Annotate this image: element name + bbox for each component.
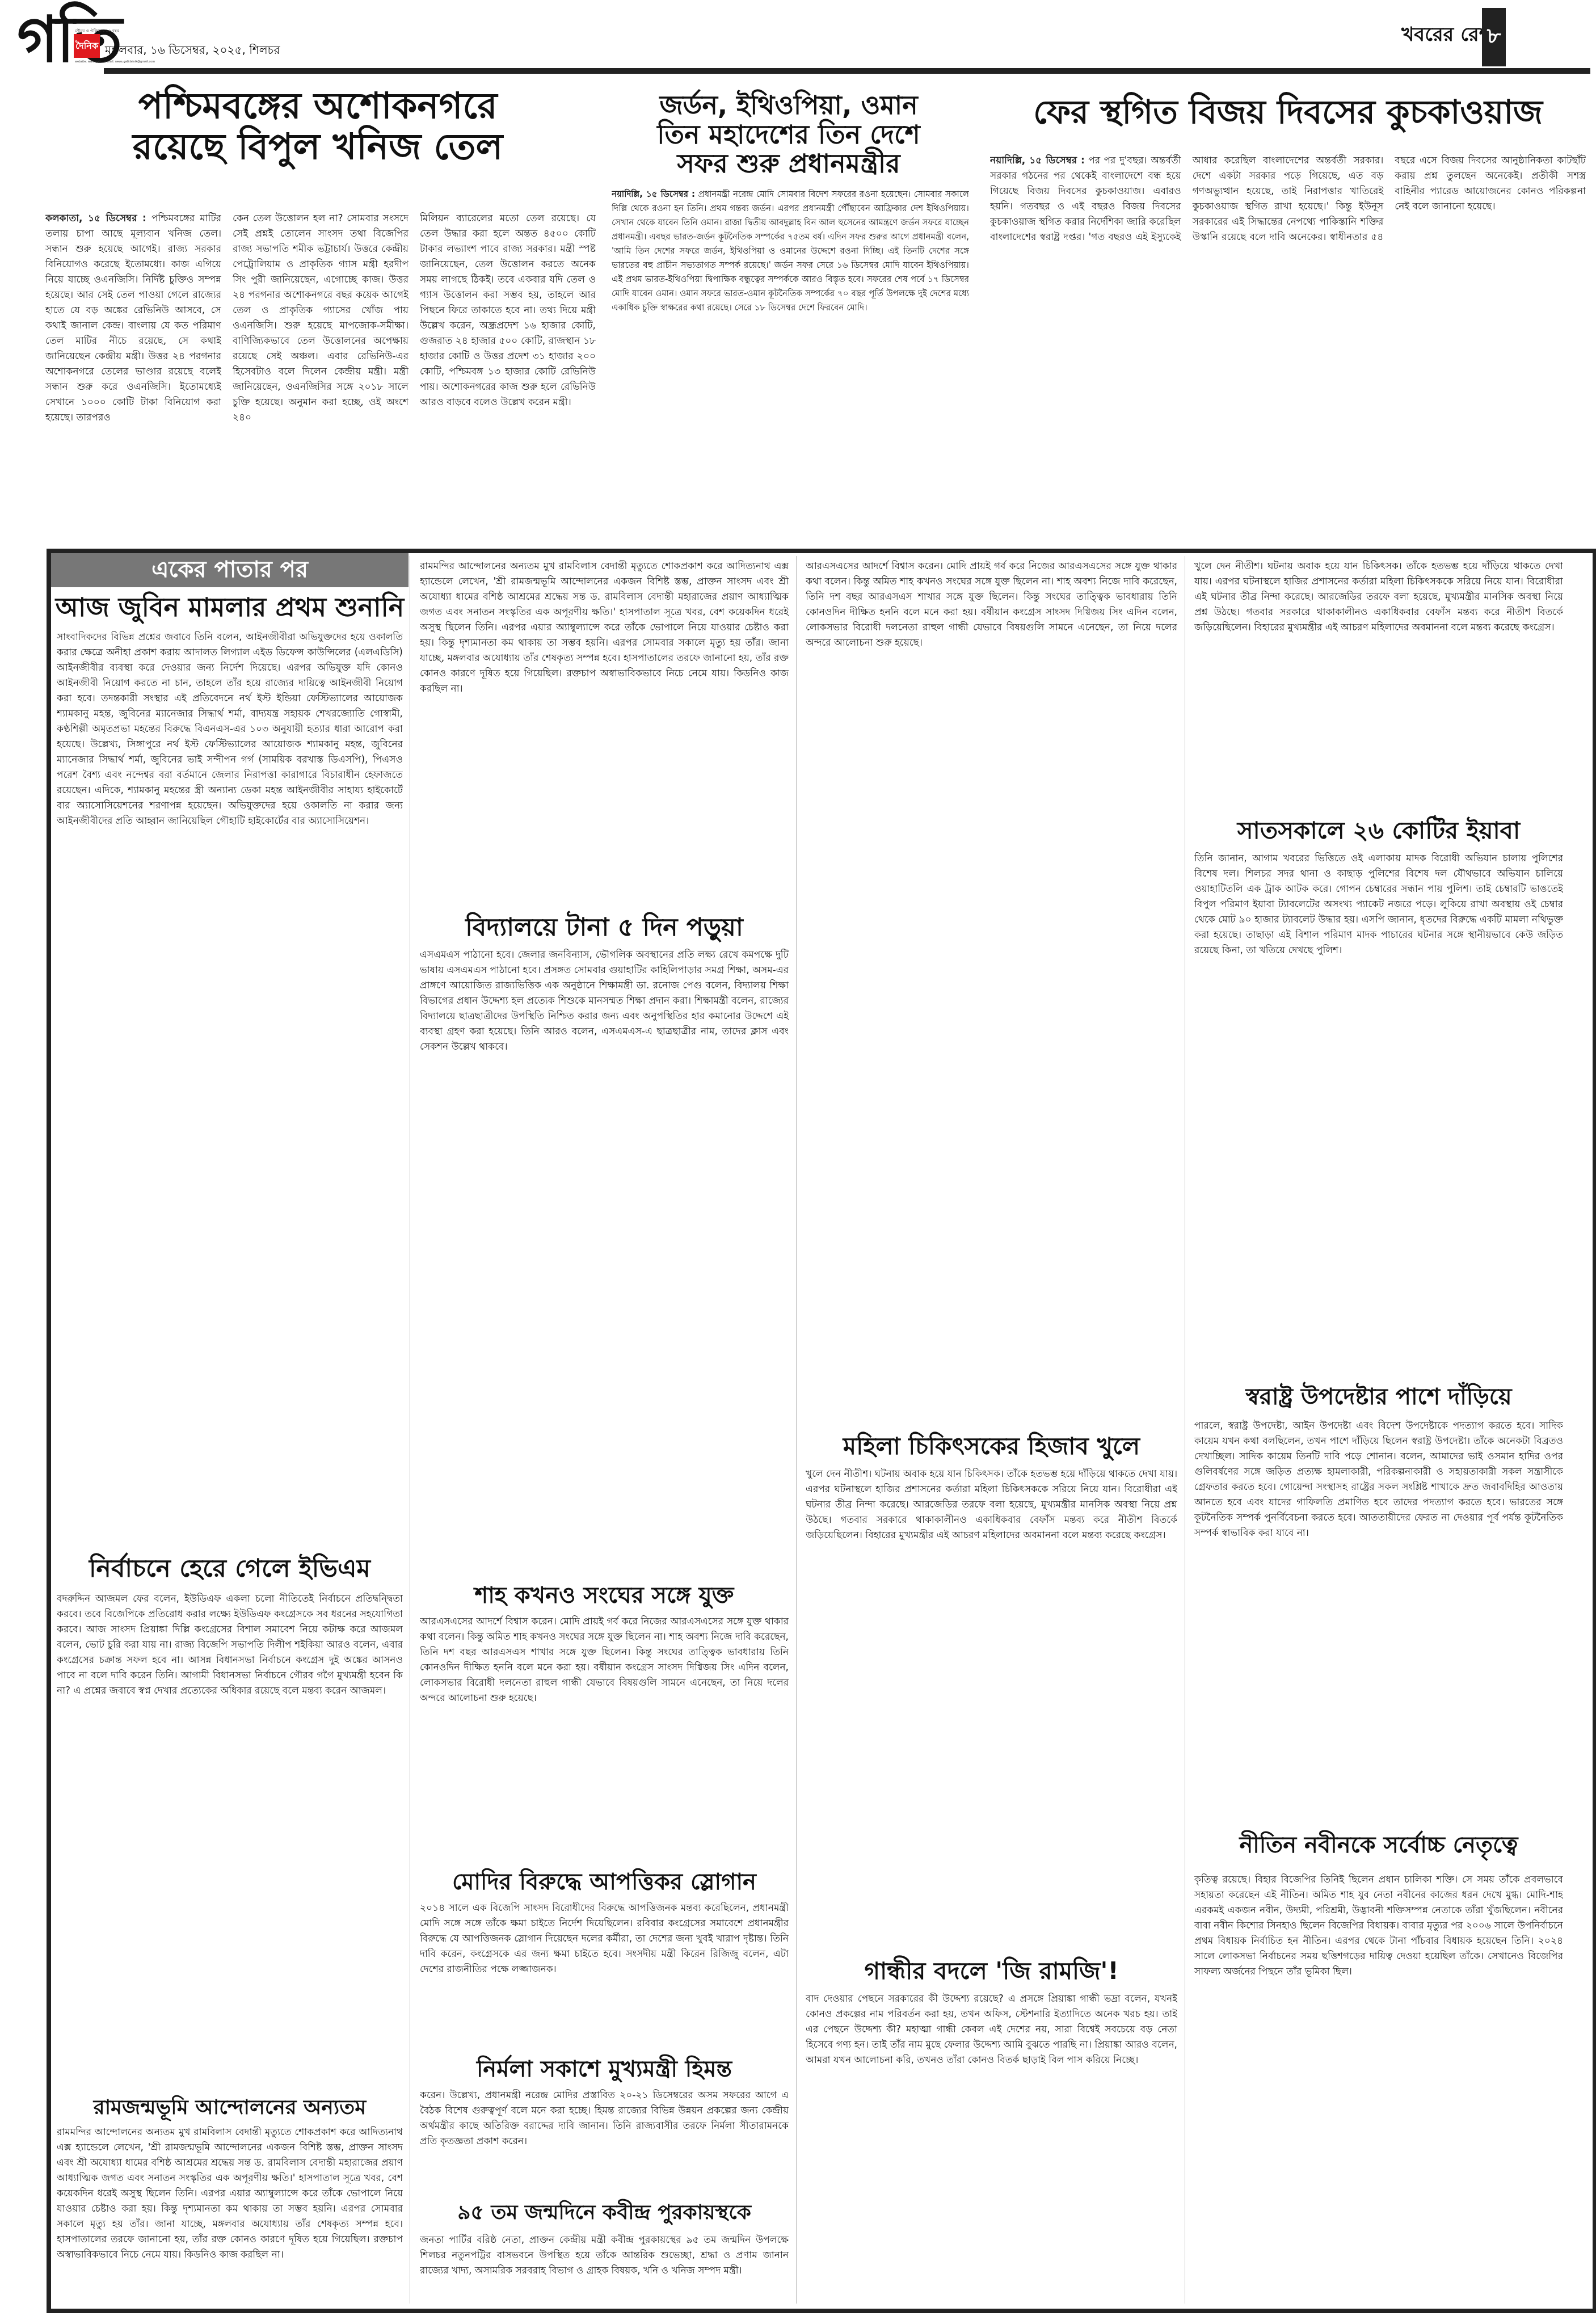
tagline: গৌরব ও ঐতিহ্যের ৬৬ বছর — [75, 27, 119, 34]
story-column: মিলিয়ন ব্যারেলের মতো তেল রয়েছে। যে তেল… — [420, 211, 596, 517]
story-text: রামমন্দির আন্দোলনের অন্যতম মুখ রামবিলাস … — [57, 2125, 403, 2304]
headline: মহিলা চিকিৎসকের হিজাব খুলে — [803, 1433, 1180, 1459]
page-number: ৮ — [1482, 8, 1506, 66]
headline: পশ্চিমবঙ্গের অশোকনগরে রয়েছে বিপুল খনিজ … — [45, 86, 590, 167]
headline-line: জর্ডন, ইথিওপিয়া, ওমান — [607, 91, 970, 120]
headline: ফের স্থগিত বিজয় দিবসের কুচকাওয়াজ — [987, 94, 1589, 130]
headline: নির্মলা সকাশে মুখ্যমন্ত্রী হিমন্ত — [417, 2057, 791, 2082]
story-text: এসএমএস পাঠানো হবে। জেলার জনবিন্যাস, ভৌগল… — [420, 948, 789, 1583]
story-column: নয়াদিল্লি, ১৫ ডিসেম্বর : পর পর দু'বছর। … — [990, 153, 1586, 516]
headline: জর্ডন, ইথিওপিয়া, ওমান তিন মহাদেশের তিন … — [607, 91, 970, 179]
story-text: কৃতিত্ব রয়েছে। বিহার বিজেপির তিনিই ছিলে… — [1194, 1872, 1563, 2304]
headline: আজ জুবিন মামলার প্রথম শুনানি — [54, 593, 406, 622]
headline-line: রয়েছে বিপুল খনিজ তেল — [45, 127, 590, 168]
story-text: খুলে দেন নীতীশ। ঘটনায় অবাক হয়ে যান চিক… — [1194, 559, 1563, 814]
masthead: গতি গৌরব ও ঐতিহ্যের ৬৬ বছর দৈনিক website… — [0, 0, 1596, 79]
story-text: বাদ দেওয়ার পেছনে সরকারের কী উদ্দেশ্য রয… — [806, 1991, 1177, 2304]
masthead-rule — [104, 68, 1590, 74]
headline: স্বরাষ্ট্র উপদেষ্টার পাশে দাঁড়িয়ে — [1191, 1384, 1566, 1410]
headline-line: সফর শুরু প্রধানমন্ত্রীর — [607, 149, 970, 179]
edition-badge: দৈনিক — [74, 34, 100, 58]
story-column: কলকাতা, ১৫ ডিসেম্বর : পশ্চিমবঙ্গের মাটির… — [45, 211, 221, 517]
headline-line: তিন মহাদেশের তিন দেশে — [607, 120, 970, 150]
story-text: পারলে, স্বরাষ্ট্র উপদেষ্টা, আইন উপদেষ্টা… — [1194, 1418, 1563, 1827]
headline: শাহ কখনও সংঘের সঙ্গে যুক্ত — [417, 1583, 791, 1609]
story-text: প্রধানমন্ত্রী নরেন্দ্র মোদি সোমবার বিদেশ… — [612, 189, 969, 313]
column-rule — [410, 556, 410, 2304]
story-text: পশ্চিমবঙ্গের মাটির তলায় চাপা আছে মূল্যব… — [45, 213, 221, 423]
section-name: খবরের রেশ — [1401, 20, 1490, 52]
story-text: করেন। উল্লেখ্য, প্রধানমন্ত্রী নরেন্দ্র ম… — [420, 2088, 789, 2176]
story-text: আরএসএসের আদর্শে বিশ্বাস করেন। মোদি প্রায… — [806, 559, 1177, 1433]
dateline: মঙ্গলবার, ১৬ ডিসেম্বর, ২০২৫, শিলচর — [105, 42, 280, 61]
story-dateline: কলকাতা, ১৫ ডিসেম্বর : — [45, 213, 146, 224]
story-column: নয়াদিল্লি, ১৫ ডিসেম্বর : প্রধানমন্ত্রী … — [612, 187, 969, 516]
story-text: রামমন্দির আন্দোলনের অন্যতম মুখ রামবিলাস … — [420, 559, 789, 905]
story-text: তিনি জানান, আগাম খবরের ভিত্তিতে ওই এলাকা… — [1194, 851, 1563, 1379]
newspaper-logo: গতি — [17, 3, 120, 77]
headline: গান্ধীর বদলে 'জি রামজি'! — [803, 1957, 1180, 1984]
headline: মোদির বিরুদ্ধে আপত্তিকর স্লোগান — [417, 1870, 791, 1895]
story-text: মিলিয়ন ব্যারেলের মতো তেল রয়েছে। যে তেল… — [420, 213, 596, 408]
headline: নির্বাচনে হেরে গেলে ইভিএম — [54, 1555, 406, 1582]
headline-line: পশ্চিমবঙ্গের অশোকনগরে — [45, 86, 590, 127]
headline: রামজন্মভূমি আন্দোলনের অন্যতম — [54, 2096, 406, 2119]
section-kicker: একের পাতার পর — [51, 553, 409, 587]
column-rule — [1185, 556, 1185, 2304]
column-rule — [796, 556, 797, 2304]
story-text: কেন তেল উত্তোলন হল না? সোমবার সংসদে সেই … — [233, 213, 409, 423]
story-text: জনতা পার্টির বরিষ্ঠ নেতা, প্রাক্তন কেন্দ… — [420, 2233, 789, 2304]
headline: বিদ্যালয়ে টানা ৫ দিন পড়ুয়া — [417, 913, 791, 941]
headline: নীতিন নবীনকে সর্বোচ্চ নেতৃত্বে — [1191, 1833, 1566, 1858]
story-dateline: নয়াদিল্লি, ১৫ ডিসেম্বর : — [990, 155, 1085, 166]
story-text: ২০১৪ সালে এক বিজেপি সাংসদ বিরোধীদের বিরু… — [420, 1901, 789, 2054]
story-dateline: নয়াদিল্লি, ১৫ ডিসেম্বর : — [612, 189, 695, 199]
headline: ৯৫ তম জন্মদিনে কবীন্দ্র পুরকায়স্থকে — [417, 2201, 791, 2224]
contact-info: website: www.gati... e-mail: news.gatida… — [75, 60, 155, 64]
story-text: আরএসএসের আদর্শে বিশ্বাস করেন। মোদি প্রায… — [420, 1614, 789, 1864]
story-text: পর পর দু'বছর। অন্তর্বর্তী সরকার গঠনের পর… — [990, 155, 1586, 243]
headline: সাতসকালে ২৬ কোটির ইয়াবা — [1191, 817, 1566, 844]
story-text: বদরুদ্দিন আজমল ফের বলেন, ইউডিএফ একলা চলো… — [57, 1591, 403, 2023]
story-text: খুলে দেন নীতীশ। ঘটনায় অবাক হয়ে যান চিক… — [806, 1467, 1177, 1955]
story-column: কেন তেল উত্তোলন হল না? সোমবার সংসদে সেই … — [233, 211, 409, 517]
story-text: সাংবাদিকদের বিভিন্ন প্রশ্নের জবাবে তিনি … — [57, 630, 403, 1532]
